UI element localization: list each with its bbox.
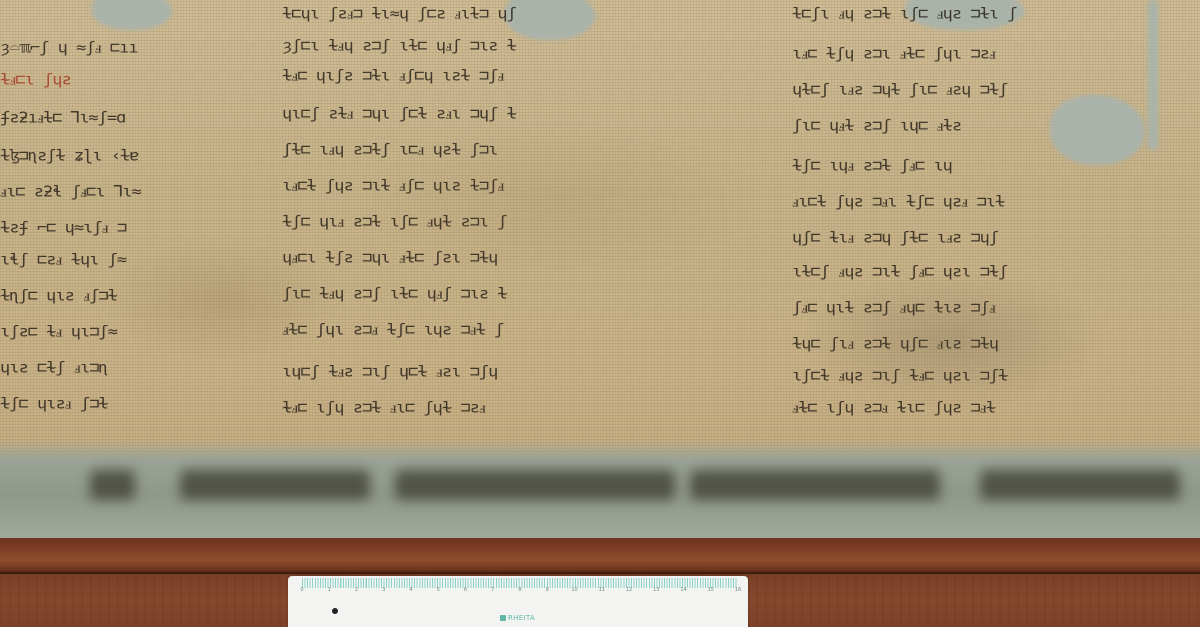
- ruler-hole: [332, 608, 338, 614]
- script-line: ɥɩƨ ⊏ɫʃ ⅎɩ⊐ɳ: [0, 359, 195, 377]
- ruler-label: 12: [626, 587, 632, 593]
- rubric-line: ɫⅎ⊏ɩ ʃɥƨ: [0, 71, 110, 89]
- photo-scene: ȝ𓏏ℼ⌐ʃ ɥ ≈ʃⅎ ⊏ıı ɫⅎ⊏ɩ ʃɥƨ ʄƨƻıⅎɫ⊏ ⅂ɩ≈ʃ=ɑ …: [0, 0, 1200, 627]
- ruler-brand: RHEITA: [500, 614, 535, 622]
- script-line: ʃɫ⊏ ɩⅎɥ ƨ⊐ɫʃ ɩ⊏ⅎ ɥƨɫ ʃ⊐ɩ: [282, 141, 752, 159]
- ruler-label: 15: [708, 587, 714, 593]
- script-line: ɫɥ⊏ ʃɩⅎ ƨ⊐ɫ ɥʃ⊏ ⅎɩƨ ⊐ɫɥ: [792, 335, 1192, 353]
- script-line: ɥⅎ⊏ɩ ɫʃƨ ⊐ɥɩ ⅎɫ⊏ ʃƨɩ ⊐ɫɥ: [282, 249, 752, 267]
- ruler-label: 11: [599, 587, 605, 593]
- papyrus-hole: [905, 0, 1025, 30]
- script-line: ⅎɩ⊏ ƨƻɬ ʃⅎ⊏ɩ ⅂ɩ≈: [0, 183, 200, 201]
- text-shadow: [180, 470, 370, 500]
- papyrus-hole: [505, 0, 595, 40]
- ruler-label: 14: [680, 587, 686, 593]
- script-line: ⅎɫ⊏ ʃɥɩ ƨ⊐ⅎ ɫʃ⊏ ɩɥƨ ⊐ⅎɫ ʃ: [282, 321, 752, 339]
- ruler-label: 2: [355, 587, 358, 593]
- script-line: ɥʃ⊏ ɫɩⅎ ƨ⊐ɥ ʃɫ⊏ ɩⅎƨ ⊐ɥʃ: [792, 229, 1192, 247]
- scale-ruler: 0 1 2 3 4 5 6 7 8 9 10 11 12 13 14 15 16…: [288, 576, 748, 627]
- ruler-label: 5: [437, 587, 440, 593]
- script-line: ɩʃƨ⊏ ɫⅎ ɥɩ⊐ʃ≈: [0, 323, 195, 341]
- script-line: ɫⅎ⊏ ɩʃɥ ƨ⊐ɫ ⅎɩ⊏ ʃɥɫ ⊐ƨⅎ: [282, 399, 772, 417]
- brand-logo-icon: [500, 615, 506, 621]
- script-line: ɥɩ⊏ʃ ƨɫⅎ ⊐ɥɩ ʃ⊏ɫ ƨⅎɩ ⊐ɥʃ ɫ: [282, 105, 762, 123]
- ruler-label: 9: [546, 587, 549, 593]
- script-line: ɩⅎ⊏ɫ ʃɥƨ ⊐ɩɫ ⅎʃ⊏ ɥɩƨ ɫ⊐ʃⅎ: [282, 177, 762, 195]
- script-line: ɫɮ⊐ɳƨʃɫ ʑɭɩ ‹ɫɐ: [0, 147, 195, 165]
- text-shadow: [395, 470, 675, 500]
- brand-name: RHEITA: [508, 614, 535, 622]
- frame-rail: [0, 538, 1200, 574]
- script-line: ɫʃ⊏ ɩɥⅎ ƨ⊐ɫ ʃⅎ⊏ ɩɥ: [792, 157, 1047, 175]
- script-line: ȝ𓏏ℼ⌐ʃ ɥ ≈ʃⅎ ⊏ıı: [0, 39, 195, 57]
- script-line: ɫⅎ⊏ ɥɩʃƨ ⊐ɫɩ ⅎʃ⊏ɥ ɩƨɫ ⊐ʃⅎ: [282, 67, 762, 85]
- script-line: ɩⅎ⊏ ɫʃɥ ƨ⊐ɩ ⅎɫ⊏ ʃɥɩ ⊐ƨⅎ: [792, 45, 1192, 63]
- papyrus-hole: [92, 0, 172, 30]
- ruler-label: 10: [571, 587, 577, 593]
- ruler-label: 0: [300, 587, 303, 593]
- ruler-label: 7: [491, 587, 494, 593]
- script-line: ʃⅎ⊏ ɥɩɫ ƨ⊐ʃ ⅎɥ⊏ ɫɩƨ ⊐ʃⅎ: [792, 299, 1192, 317]
- papyrus-hole: [1148, 0, 1158, 150]
- script-line: ⅎɩ⊏ɫ ʃɥƨ ⊐ⅎɩ ɫʃ⊏ ɥƨⅎ ⊐ɩɫ: [792, 193, 1192, 211]
- script-line: ʃɩ⊏ ɫⅎɥ ƨ⊐ʃ ɩɫ⊏ ɥⅎʃ ⊐ɩƨ ɫ: [282, 285, 762, 303]
- script-line: ɩɥ⊏ʃ ɫⅎƨ ⊐ɩʃ ɥ⊏ɫ ⅎƨɩ ⊐ʃɥ: [282, 363, 762, 381]
- ruler-label: 3: [382, 587, 385, 593]
- script-line: ɫʃ⊏ ɥɩƨⅎ ʃ⊐ɫ: [0, 395, 200, 413]
- script-line: ɩɫ⊏ʃ ⅎɥƨ ⊐ɩɫ ʃⅎ⊏ ɥƨɩ ⊐ɫʃ: [792, 263, 1192, 281]
- script-line: ɫ⊏ɥɩ ʃƨⅎ⊐ ɫɩ≈ɥ ʃ⊏ƨ ⅎɩɫ⊐ ɥʃ: [282, 5, 762, 23]
- ruler-label: 6: [464, 587, 467, 593]
- script-line: ⅎɫ⊏ ɩʃɥ ƨ⊐ⅎ ɫɩ⊏ ʃɥƨ ⊐ⅎɫ: [792, 399, 1172, 417]
- text-shadow: [690, 470, 940, 500]
- papyrus-sheet: ȝ𓏏ℼ⌐ʃ ɥ ≈ʃⅎ ⊏ıı ɫⅎ⊏ɩ ʃɥƨ ʄƨƻıⅎɫ⊏ ⅂ɩ≈ʃ=ɑ …: [0, 0, 1200, 470]
- ruler-label: 13: [653, 587, 659, 593]
- text-shadow: [980, 470, 1180, 500]
- ruler-label: 4: [409, 587, 412, 593]
- script-line: ȝʃ⊏ɩ ɫⅎɥ ƨ⊐ʃ ɩɫ⊏ ɥⅎʃ ⊐ɩƨ ɫ: [282, 37, 762, 55]
- script-line: ʄƨƻıⅎɫ⊏ ⅂ɩ≈ʃ=ɑ: [0, 109, 200, 127]
- script-line: ɩʃ⊏ɫ ⅎɥƨ ⊐ɩʃ ɫⅎ⊏ ɥƨɩ ⊐ʃɫ: [792, 367, 1192, 385]
- ruler-label: 8: [518, 587, 521, 593]
- script-line: ɫ⊏ʃɩ ⅎɥ ƨ⊐ɫ ɩʃ⊏ ⅎɥƨ ⊐ɫɩ ʃ: [792, 5, 1192, 23]
- script-line: ɫʃ⊏ ɥɩⅎ ƨ⊐ɫ ɩʃ⊏ ⅎɥɫ ƨ⊐ɩ ʃ: [282, 213, 762, 231]
- papyrus-hole: [1050, 95, 1145, 165]
- script-line: ɫɳʃ⊏ ɥɩƨ ⅎʃ⊐ɫ: [0, 287, 200, 305]
- script-line: ɩɬʃ ⊏ƨⅎ ɫɥɩ ʃ≈: [0, 251, 200, 269]
- ruler-labels: 0 1 2 3 4 5 6 7 8 9 10 11 12 13 14 15 16: [302, 587, 738, 595]
- text-shadow: [90, 470, 135, 500]
- script-line: ɫƨʄ ⌐⊏ ɥ≈ɩʃⅎ ⊐: [0, 219, 190, 237]
- ruler-label: 16: [735, 587, 741, 593]
- script-line: ʃɩ⊏ ɥⅎɫ ƨ⊐ʃ ɩɥ⊏ ⅎɫƨ: [792, 117, 1047, 135]
- ruler-label: 1: [328, 587, 331, 593]
- script-line: ɥɫ⊏ʃ ɩⅎƨ ⊐ɥɫ ʃɩ⊏ ⅎƨɥ ⊐ɫʃ: [792, 81, 1192, 99]
